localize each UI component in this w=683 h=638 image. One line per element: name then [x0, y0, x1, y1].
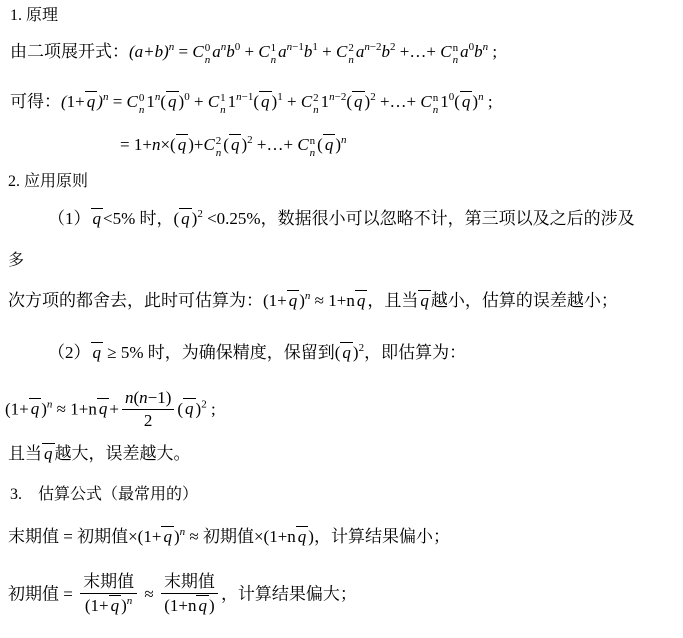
heading-application-rules: 2. 应用原则	[8, 169, 88, 195]
rule-1-approximation: 次方项的都舍去，此时可估算为：(1+q)n ≈ 1+nq，且当q越小，估算的误差…	[8, 288, 618, 314]
derived-q-expansion-formula: 可得：(1+q)n = C0n1n(q)0 + C1n1n−1(q)1 + C2…	[10, 89, 493, 116]
document-page: 1. 原理 由二项展开式：(a+b)n = C0nanb0 + C1nan−1b…	[0, 0, 683, 638]
heading-principle: 1. 原理	[10, 3, 58, 29]
final-value-formula: 末期值 = 初期值×(1+q)n ≈ 初期值×(1+nq)，计算结果偏小；	[8, 524, 450, 550]
initial-value-formula: 初期值 = 末期值(1+q)n ≈ 末期值(1+nq)，计算结果偏大；	[8, 572, 357, 617]
rule-2-statement: （2）q ≥ 5% 时，为确保精度，保留到(q)2，即估算为：	[48, 340, 466, 366]
heading-estimation-formulas: 3. 估算公式（最常用的）	[10, 482, 198, 508]
expansion-simplified-formula: = 1+n×(q)+C2n(q)2 +…+ Cnn(q)n	[120, 132, 347, 159]
rule-2-error-note: 且当q越大，误差越大。	[8, 441, 191, 467]
binomial-expansion-formula: 由二项展开式：(a+b)n = C0nanb0 + C1nan−1b1 + C2…	[10, 39, 497, 66]
rule-1-statement: （1）q<5% 时，(q)2 <0.25%，数据很小可以忽略不计，第三项以及之后…	[48, 206, 635, 232]
rule-1-wrapped-char: 多	[8, 248, 24, 274]
rule-2-formula: (1+q)n ≈ 1+nq+n(n−1)2(q)2 ;	[5, 388, 216, 432]
